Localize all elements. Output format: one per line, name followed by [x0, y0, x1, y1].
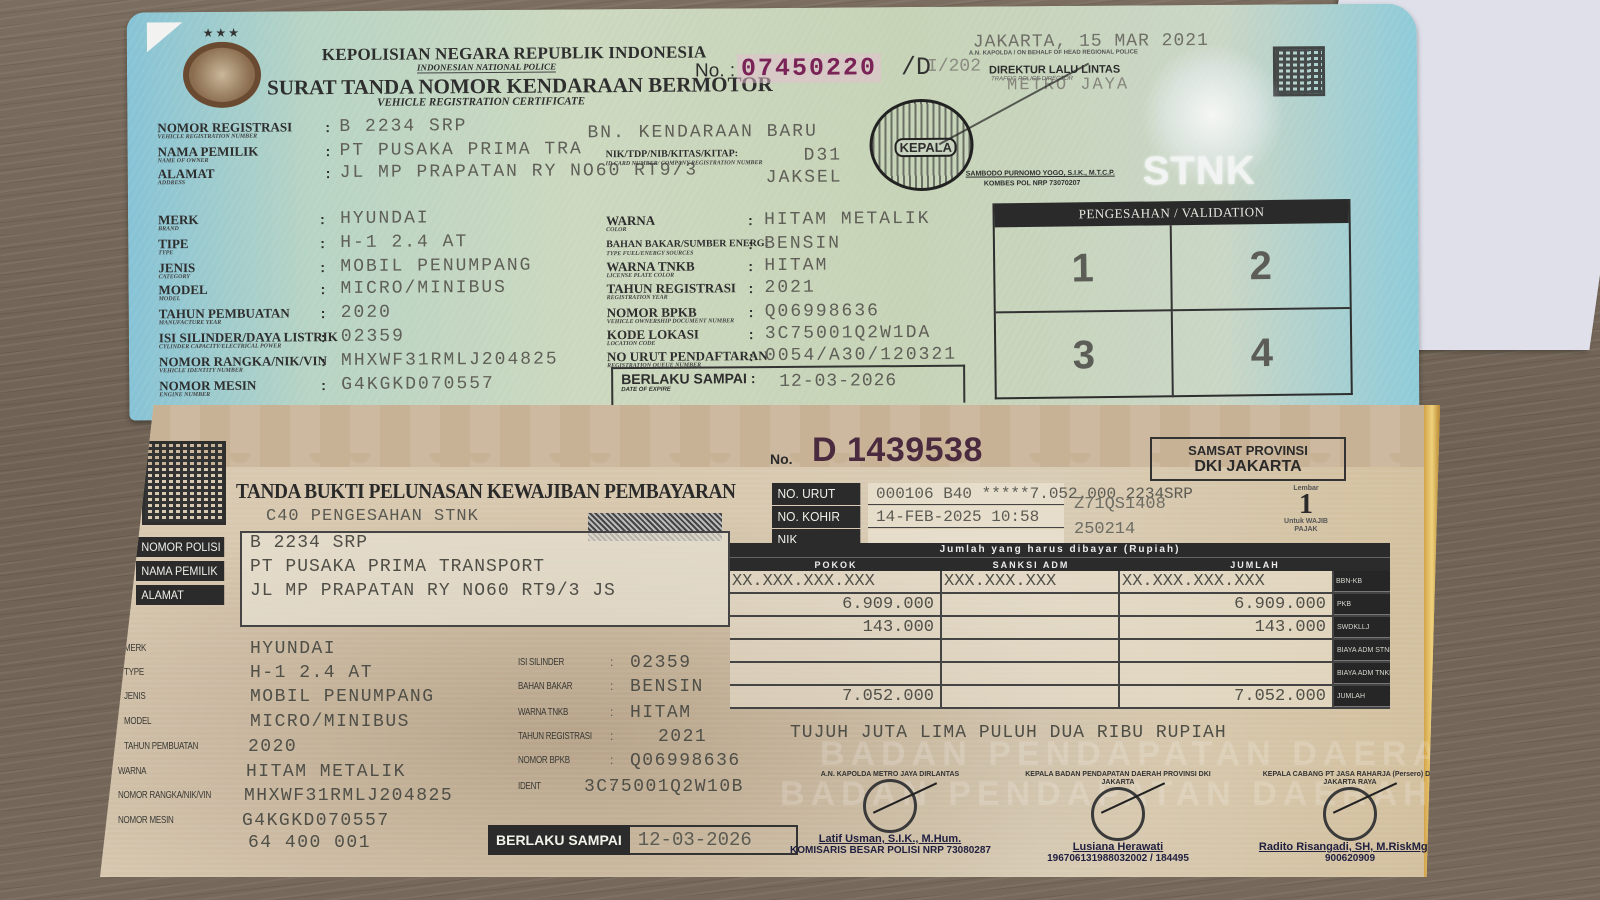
vehicle-label: IDENT: [518, 781, 541, 792]
payment-row: BIAYA ADM STNK: [730, 640, 1390, 663]
payment-cell-sanksi: [942, 640, 1120, 661]
vehicle-value: 3C75001Q2W10B: [584, 777, 744, 797]
extra-line: 64 400 001: [248, 833, 371, 853]
signatory-id: 900620909: [1250, 853, 1450, 864]
colon: :: [610, 753, 613, 767]
colon: :: [748, 236, 753, 252]
field-label: KODE LOKASILOCATION CODE: [607, 329, 699, 348]
stnk-fields-right: WARNACOLOR:HITAM METALIKBAHAN BAKAR/SUMB…: [127, 4, 1417, 13]
colon: :: [320, 211, 325, 227]
payment-cell-jumlah: [1120, 640, 1334, 661]
vehicle-value: HYUNDAI: [250, 639, 336, 659]
field-label: BAHAN BAKAR/SUMBER ENERGITYPE FUEL/ENERG…: [606, 238, 768, 257]
colon: :: [749, 326, 754, 342]
police-emblem-icon: [183, 42, 261, 109]
valid-until-label: BERLAKU SAMPAI :DATE OF EXPIRE: [621, 370, 755, 393]
signer-rank: KOMBES POL NRP 73070207: [984, 180, 1081, 188]
payment-cell-jumlah: XX.XXX.XXX.XXX: [1120, 571, 1334, 592]
validation-table: PENGESAHAN / VALIDATION 1 2 3 4: [992, 199, 1352, 399]
payment-cell-jumlah: 7.052.000: [1120, 686, 1334, 707]
nik-value: D31: [804, 146, 843, 166]
owner-label: ALAMAT: [136, 585, 224, 605]
meta-row-kohir: NO. KOHIR 14-FEB-2025 10:58: [772, 506, 1064, 528]
signatory-name: Latif Usman, S.I.K., M.Hum.: [790, 833, 990, 845]
colon: :: [320, 281, 325, 297]
sheet-number: 1: [1276, 492, 1336, 518]
field-value: 3C75001Q2W1DA: [765, 323, 932, 344]
vehicle-value: HITAM: [630, 703, 692, 723]
vehicle-value: 02359: [630, 653, 692, 673]
payment-columns: POKOK SANKSI ADM JUMLAH: [730, 557, 1390, 571]
field-label: NOMOR RANGKA/NIK/VINVEHICLE IDENTITY NUM…: [159, 355, 327, 374]
field-label: ISI SILINDER/DAYA LISTRIKCYLINDER CAPACI…: [159, 331, 338, 350]
sheet-for: Untuk WAJIB PAJAK: [1276, 518, 1336, 534]
owner-value: PT PUSAKA PRIMA TRANSPORT: [250, 557, 545, 577]
vehicle-label: TYPE: [124, 667, 144, 678]
payment-cell-sanksi: [942, 594, 1120, 615]
card-corner-fold: [147, 22, 183, 52]
vehicle-label: NOMOR BPKB: [518, 755, 570, 766]
payment-row: 6.909.0006.909.000PKB: [730, 594, 1390, 617]
payment-table: Jumlah yang harus dibayar (Rupiah) POKOK…: [730, 543, 1390, 709]
field-value: H-1 2.4 AT: [340, 232, 468, 253]
field-value: MHXWF31RMLJ204825: [341, 350, 559, 372]
payment-cell-sanksi: [942, 617, 1120, 638]
signatory-name: Radito Risangadi, SH, M.RiskMgmt: [1250, 841, 1450, 853]
field-label: JENISCATEGORY: [158, 262, 195, 280]
vehicle-label: MERK: [124, 643, 146, 654]
issuer-title: DIREKTUR LALU LINTAS: [989, 64, 1120, 77]
payment-cell-sanksi: [942, 663, 1120, 684]
vehicle-value: HITAM METALIK: [246, 762, 406, 782]
colon: :: [321, 329, 326, 345]
signatory-title: A.N. KAPOLDA METRO JAYA DIRLANTAS: [790, 771, 990, 779]
vehicle-label: BAHAN BAKAR: [518, 681, 572, 692]
vehicle-label: TAHUN PEMBUATAN: [124, 741, 198, 752]
payment-cell-sanksi: XXX.XXX.XXX: [942, 571, 1120, 592]
colon: :: [326, 143, 331, 159]
owner-label: NAMA PEMILIK: [136, 561, 224, 581]
vehicle-label: WARNA TNKB: [518, 707, 568, 718]
field-label: MERKBRAND: [158, 214, 199, 232]
vehicle-value: H-1 2.4 AT: [250, 663, 373, 683]
qr-code-icon: [142, 441, 226, 525]
field-value: 2021: [764, 278, 815, 298]
payment-code: SWDKLLJ: [1334, 617, 1390, 638]
vehicle-value: Q06998636: [630, 751, 741, 771]
vehicle-value: MOBIL PENUMPANG: [250, 687, 435, 707]
vehicle-label: ISI SILINDER: [518, 657, 564, 668]
receipt-number: D 1439538: [812, 431, 983, 470]
field-label: NOMOR BPKBVEHICLE OWNERSHIP DOCUMENT NUM…: [607, 306, 734, 325]
issuer-on-behalf: A.N. KAPOLDA / ON BEHALF OF HEAD REGIONA…: [969, 49, 1138, 57]
field-value: Q06998636: [765, 301, 880, 322]
vehicle-value: MHXWF31RMLJ204825: [244, 786, 453, 806]
colon: :: [325, 119, 330, 135]
vehicle-label: NOMOR MESIN: [118, 815, 174, 826]
field-value: MICRO/MINIBUS: [340, 278, 507, 299]
samsat-line1: SAMSAT PROVINSI: [1152, 443, 1344, 458]
vehicle-label: JENIS: [124, 691, 145, 702]
colon: :: [610, 679, 613, 693]
colon: :: [320, 235, 325, 251]
payment-code: BIAYA ADM STNK: [1334, 640, 1390, 661]
field-value: 02359: [341, 327, 405, 347]
payment-row: 7.052.0007.052.000JUMLAH: [730, 686, 1390, 709]
field-label: WARNACOLOR: [606, 215, 655, 233]
doc-number-label: No. :: [695, 60, 735, 82]
payment-header: Jumlah yang harus dibayar (Rupiah): [730, 543, 1390, 557]
field-label: MODELMODEL: [158, 284, 207, 302]
signatory-id: 196706131988032002 / 184495: [1018, 853, 1218, 864]
vehicle-label: NOMOR RANGKA/NIK/VIN: [118, 790, 211, 801]
field-label: TAHUN PEMBUATANMANUFACTURE YEAR: [159, 307, 290, 326]
vehicle-value: 2020: [248, 737, 297, 757]
amount-in-words: TUJUH JUTA LIMA PULUH DUA RIBU RUPIAH: [790, 723, 1227, 743]
validation-cell: 2: [1172, 223, 1350, 311]
vehicle-value: MICRO/MINIBUS: [250, 712, 410, 732]
meta-extra-date: 250214: [1074, 520, 1135, 539]
signatory-id: KOMISARIS BESAR POLISI NRP 73080287: [790, 845, 990, 856]
colon: :: [749, 304, 754, 320]
receipt-number-label: No.: [770, 451, 793, 467]
document-title-en: VEHICLE REGISTRATION CERTIFICATE: [377, 95, 585, 108]
signatory-title: KEPALA BADAN PENDAPATAN DAERAH PROVINSI …: [1018, 771, 1218, 787]
payment-code: PKB: [1334, 594, 1390, 615]
vehicle-value: BENSIN: [630, 677, 704, 697]
payment-cell-pokok: 143.000: [730, 617, 942, 638]
bn-status: BN. KENDARAAN BARU: [587, 122, 818, 144]
payment-cell-pokok: XX.XXX.XXX.XXX: [730, 571, 942, 592]
receipt-title: TANDA BUKTI PELUNASAN KEWAJIBAN PEMBAYAR…: [236, 479, 736, 504]
field-value: HYUNDAI: [340, 208, 430, 229]
validation-cell: 1: [995, 225, 1173, 313]
valid-until-value: 12-03-2026: [779, 371, 897, 392]
validation-cell: 4: [1173, 309, 1351, 397]
nik-label: NIK/TDP/NIB/KITAS/KITAP:ID CARD NUMBER/ …: [606, 148, 763, 167]
signatory: A.N. KAPOLDA METRO JAYA DIRLANTASLatif U…: [790, 771, 990, 856]
colon: :: [320, 259, 325, 275]
payment-cell-pokok: [730, 663, 942, 684]
payment-code: BIAYA ADM TNKB: [1334, 663, 1390, 684]
field-value: 2020: [341, 303, 392, 323]
address-suffix: JAKSEL: [766, 168, 843, 189]
vehicle-label: WARNA: [118, 766, 146, 777]
colon: :: [748, 258, 753, 274]
field-value: PT PUSAKA PRIMA TRA: [339, 139, 582, 161]
field-value: G4KGKD070557: [341, 374, 495, 395]
payment-cell-jumlah: 143.000: [1120, 617, 1334, 638]
signatory: KEPALA BADAN PENDAPATAN DAERAH PROVINSI …: [1018, 771, 1218, 864]
payment-row: 143.000143.000SWDKLLJ: [730, 617, 1390, 640]
stnk-logo: STNK: [1143, 149, 1256, 195]
payment-cell-pokok: 7.052.000: [730, 686, 942, 707]
colon: :: [749, 348, 754, 364]
vehicle-value: G4KGKD070557: [242, 811, 390, 831]
field-label: ALAMATADDRESS: [158, 168, 215, 186]
validation-cell: 3: [996, 311, 1174, 399]
meta-extra-code: Z71QS1408: [1074, 495, 1166, 514]
owner-value: JL MP PRAPATAN RY NO60 RT9/3 JS: [250, 581, 616, 601]
samsat-line2: DKI JAKARTA: [1152, 458, 1344, 476]
payment-cell-pokok: 6.909.000: [730, 594, 942, 615]
payment-cell-jumlah: [1120, 663, 1334, 684]
vehicle-registration-certificate: KEPOLISIAN NEGARA REPUBLIK INDONESIA IND…: [127, 4, 1420, 421]
signatory: KEPALA CABANG PT JASA RAHARJA (Persero) …: [1250, 771, 1450, 864]
colon: :: [748, 280, 753, 296]
sheet-badge: Lembar 1 Untuk WAJIB PAJAK: [1276, 485, 1336, 541]
field-label: NOMOR REGISTRASIVEHICLE REGISTRATION NUM…: [157, 121, 292, 140]
colon: :: [610, 729, 613, 743]
doc-number: 07450220: [737, 53, 881, 83]
payment-cell-jumlah: 6.909.000: [1120, 594, 1334, 615]
colon: :: [321, 353, 326, 369]
field-value: 0054/A30/120321: [765, 345, 957, 366]
field-value: MOBIL PENUMPANG: [340, 256, 532, 277]
agency-name-en: INDONESIAN NATIONAL POLICE: [417, 62, 556, 74]
signatory-title: KEPALA CABANG PT JASA RAHARJA (Persero) …: [1250, 771, 1450, 787]
vehicle-value: 2021: [658, 727, 707, 747]
field-label: TIPETYPE: [158, 238, 188, 256]
payment-code: BBN-KB: [1334, 571, 1390, 592]
signatory-name: Lusiana Herawati: [1018, 841, 1218, 853]
receipt-valid-until: BERLAKU SAMPAI 12-03-2026: [488, 825, 798, 855]
owner-value: B 2234 SRP: [250, 533, 368, 553]
vehicle-label: MODEL: [124, 716, 151, 727]
payment-row: BIAYA ADM TNKB: [730, 663, 1390, 686]
colon: :: [326, 165, 331, 181]
payment-code: JUMLAH: [1334, 686, 1390, 707]
payment-cell-sanksi: [942, 686, 1120, 707]
field-value: B 2234 SRP: [339, 116, 467, 137]
samsat-box: SAMSAT PROVINSI DKI JAKARTA: [1150, 437, 1346, 481]
receipt-subtitle: C40 PENGESAHAN STNK: [266, 507, 479, 526]
field-value: BENSIN: [764, 234, 841, 255]
colon: :: [321, 305, 326, 321]
payment-cell-pokok: [730, 640, 942, 661]
field-label: WARNA TNKBLICENSE PLATE COLOR: [606, 261, 694, 280]
payment-row: XX.XXX.XXX.XXXXXX.XXX.XXXXX.XXX.XXX.XXXB…: [730, 571, 1390, 594]
owner-label: NOMOR POLISI: [136, 537, 224, 557]
vehicle-label: TAHUN REGISTRASI: [518, 731, 592, 742]
field-value: HITAM: [764, 256, 828, 276]
stnk-fields-left: NOMOR REGISTRASIVEHICLE REGISTRATION NUM…: [127, 4, 1417, 13]
colon: :: [610, 705, 613, 719]
colon: :: [321, 377, 326, 393]
colon: :: [748, 212, 753, 228]
field-label: NAMA PEMILIKNAME OF OWNER: [158, 146, 259, 165]
doc-number-suffix-faded: I/202: [927, 57, 981, 77]
field-value: HITAM METALIK: [764, 209, 931, 230]
tax-payment-receipt: BADAN PENDAPATAN DAERAH BADAN PENDAPATAN…: [100, 405, 1440, 877]
field-label: TAHUN REGISTRASIREGISTRATION YEAR: [606, 282, 736, 301]
field-label: NOMOR MESINENGINE NUMBER: [159, 380, 256, 399]
meta-row-urut: NO. URUT 000106 B40 *****7.052.000 2234S…: [772, 483, 1064, 505]
colon: :: [610, 655, 613, 669]
signer-name: SAMBODO PURNOMO YOGO, S.I.K., M.T.C.P.: [966, 170, 1115, 178]
